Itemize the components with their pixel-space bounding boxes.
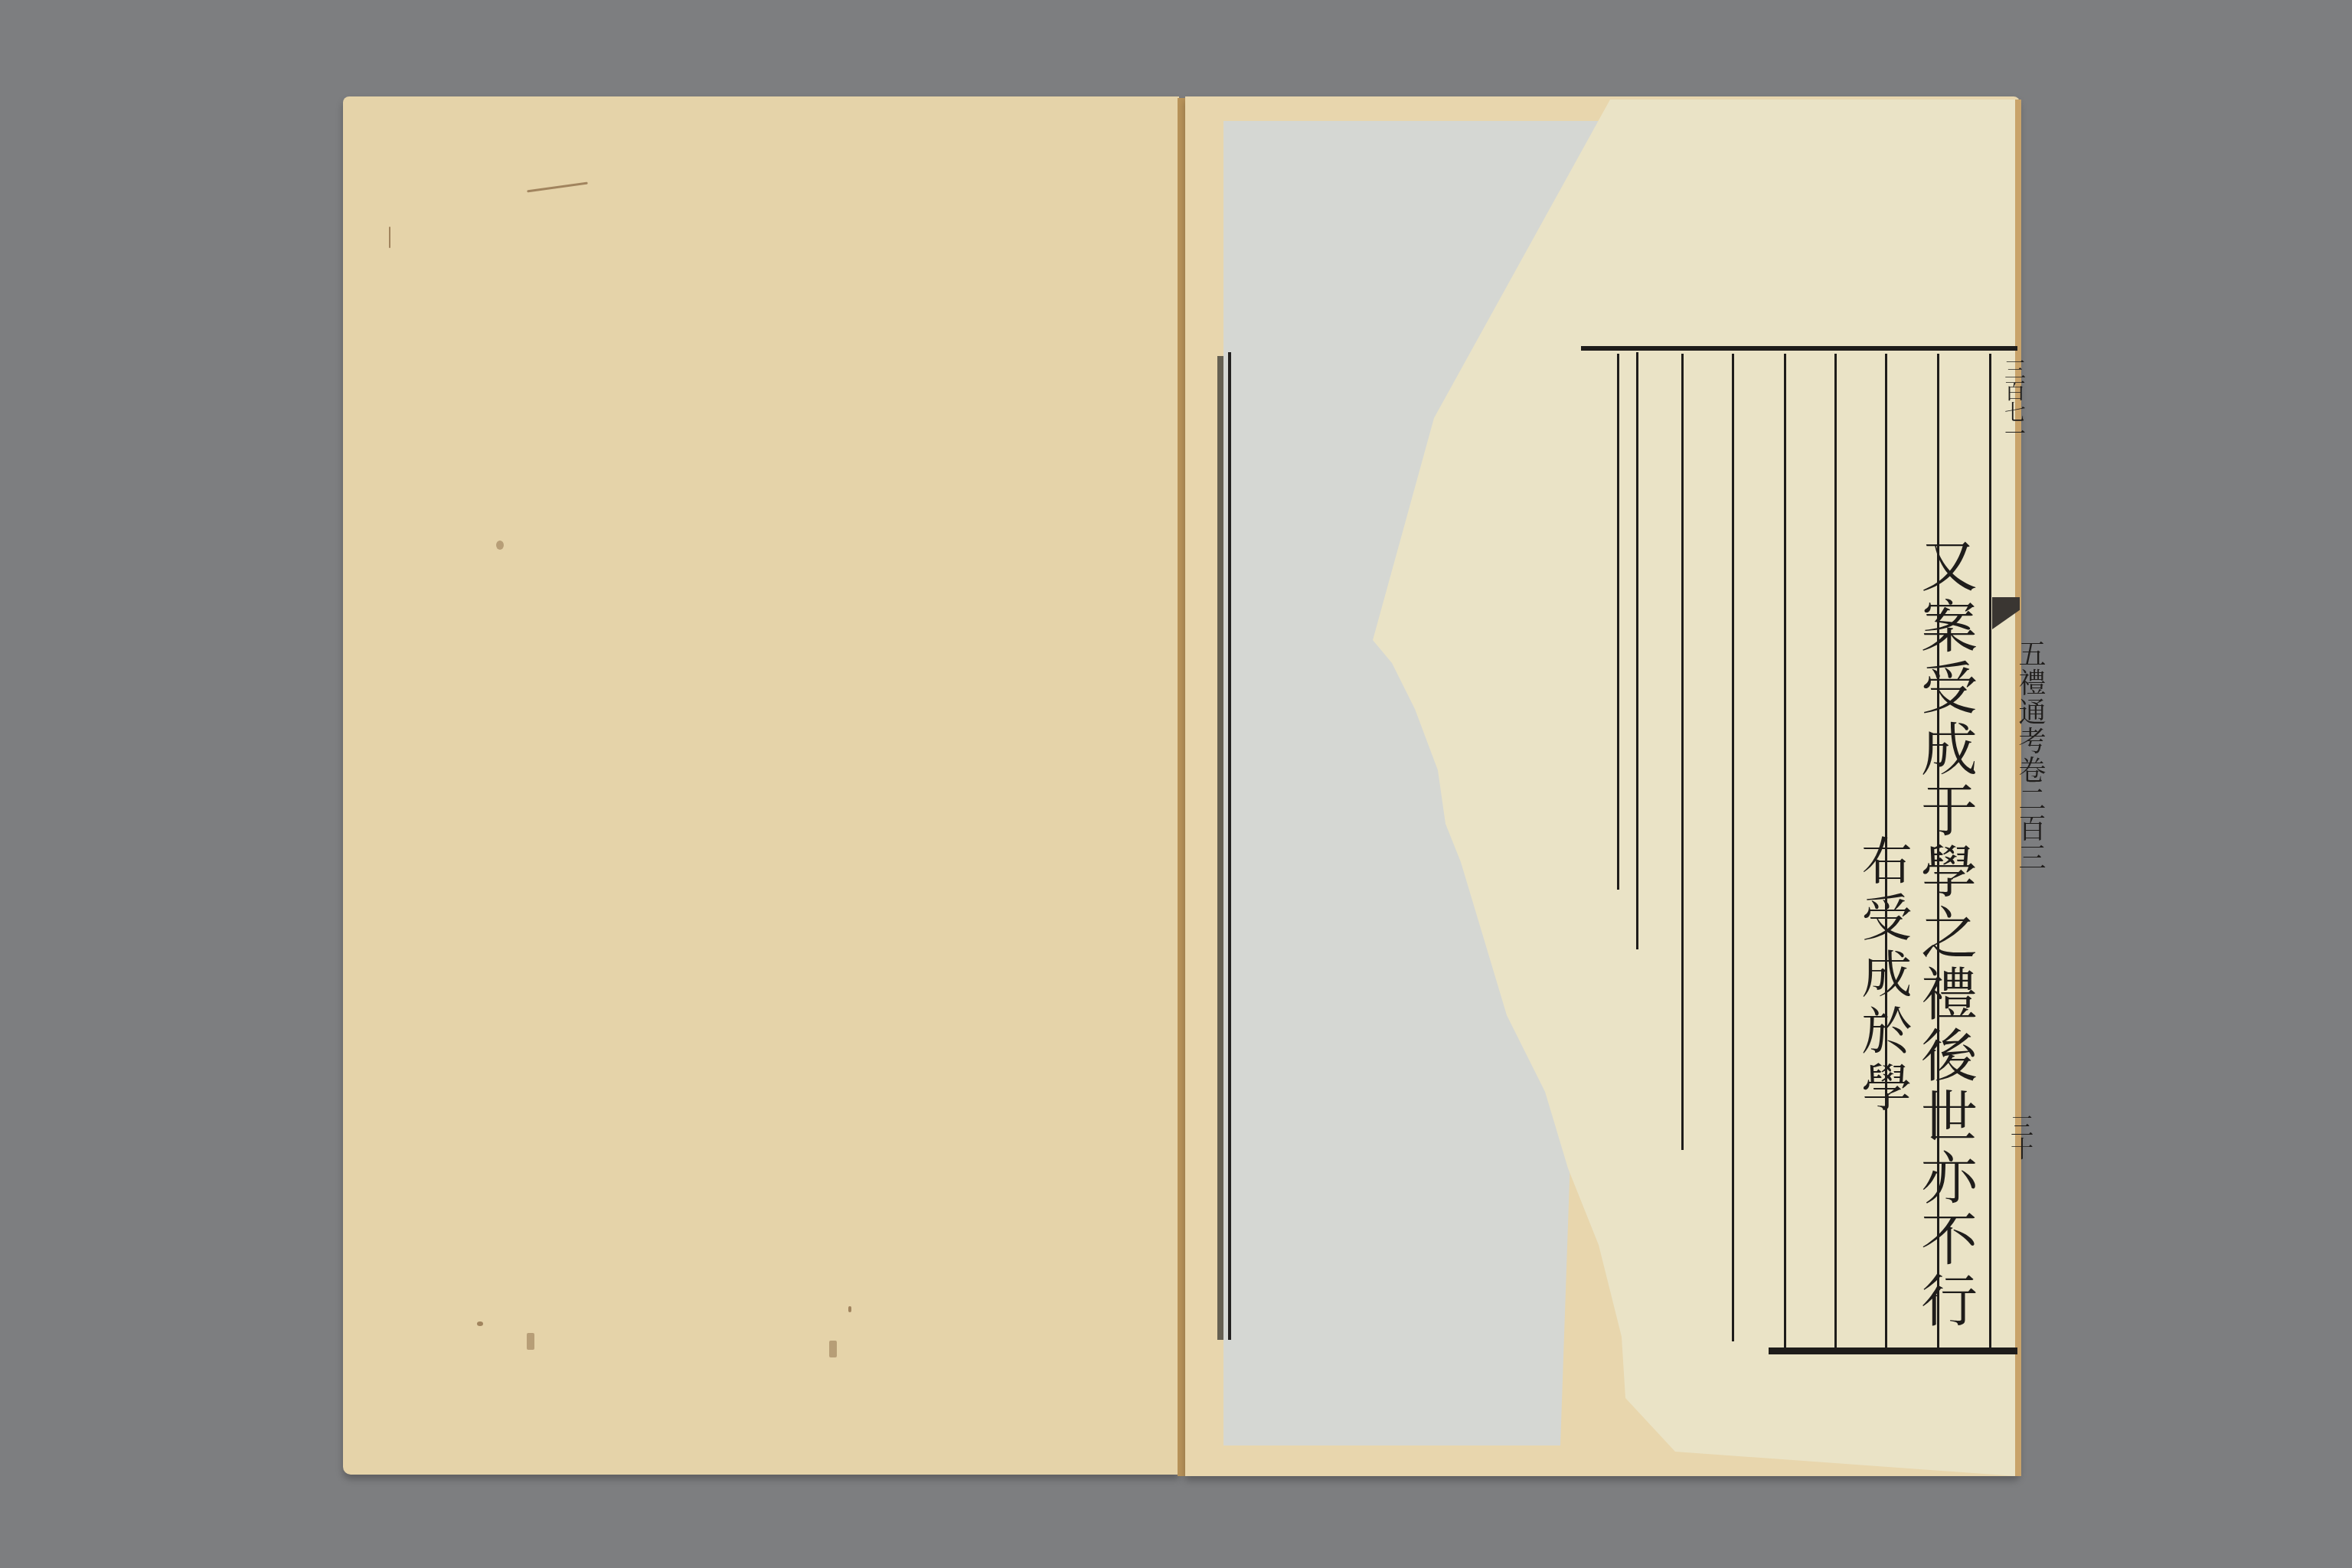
column-rule [1617, 354, 1619, 890]
margin-book-title: 五禮通考卷二百三 [2011, 639, 2050, 872]
column-rule [1784, 354, 1786, 1349]
column-rule [1989, 354, 1991, 1349]
frame-border-top [1581, 346, 2017, 351]
text-column-heading: 右受成於學 [1857, 835, 1907, 1118]
paper-fiber [829, 1341, 837, 1357]
paper-fiber [527, 181, 588, 192]
column-rule [1636, 352, 1638, 949]
column-rule [1834, 354, 1837, 1349]
frame-border-bottom [1769, 1347, 2017, 1354]
paper-fiber [389, 227, 390, 248]
margin-leaf-number: 三百七一 [1998, 358, 2029, 444]
column-rule [1681, 354, 1684, 1150]
text-column-main: 又案受成于學之禮後世亦不行 [1916, 536, 1973, 1332]
frame-border-left-inner [1228, 352, 1231, 1340]
paper-fiber [848, 1306, 851, 1312]
paper-fiber [496, 541, 504, 550]
paper-fiber [477, 1321, 483, 1326]
column-rule [1732, 354, 1734, 1341]
frame-border-left-outer [1217, 356, 1223, 1340]
margin-page-number: 三十 [2002, 1114, 2036, 1160]
paper-fiber [527, 1333, 534, 1350]
left-page-blank [343, 96, 1179, 1475]
